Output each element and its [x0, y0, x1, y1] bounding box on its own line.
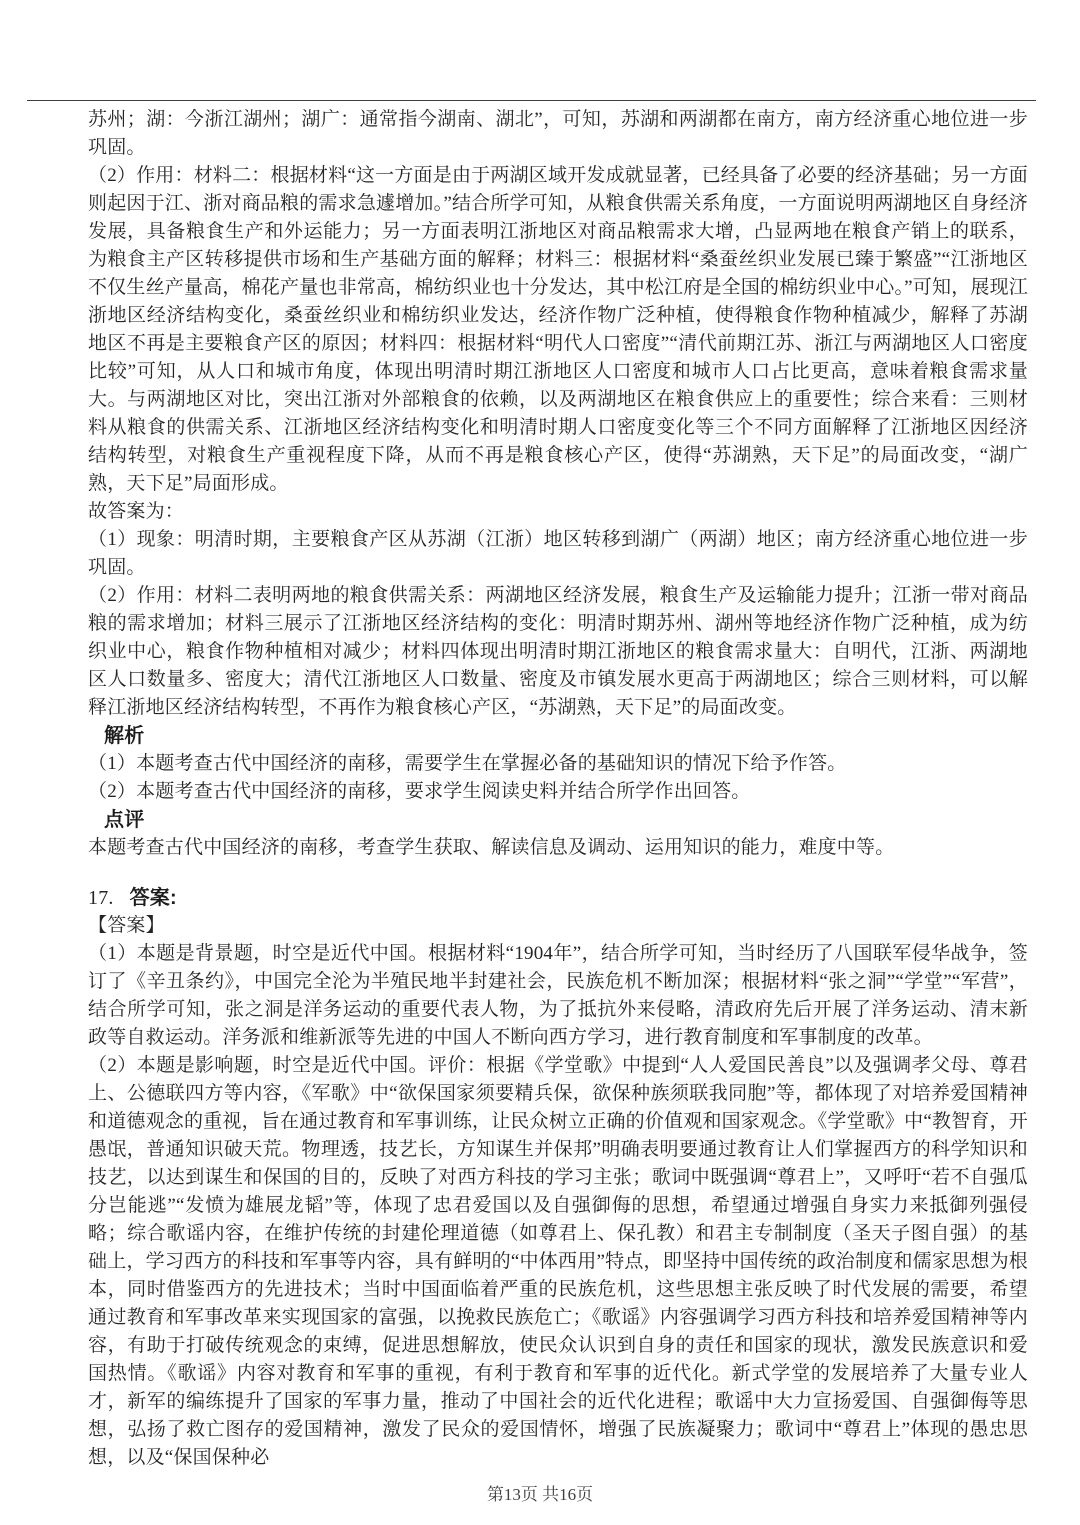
- answer-paragraph: （1）现象：明清时期，主要粮食产区从苏湖（江浙）地区转移到湖广（两湖）地区；南方…: [88, 526, 1028, 582]
- answer-paragraph: （2）本题是影响题，时空是近代中国。评价：根据《学堂歌》中提到“人人爱国民善良”…: [88, 1052, 1028, 1472]
- page-footer: 第13页 共16页: [0, 1480, 1080, 1505]
- answer-paragraph: 【答案】: [88, 912, 1028, 940]
- answer-paragraph: 本题考查古代中国经济的南移，考查学生获取、解读信息及调动、运用知识的能力，难度中…: [88, 834, 1028, 862]
- section-heading: 解析: [88, 722, 1028, 750]
- answer-paragraph: （2）本题考查古代中国经济的南移，要求学生阅读史料并结合所学作出回答。: [88, 778, 1028, 806]
- answer-paragraph: 故答案为：: [88, 498, 1028, 526]
- document-page: 苏州；湖：今浙江湖州；湖广：通常指今湖南、湖北”，可知，苏湖和两湖都在南方，南方…: [0, 0, 1080, 1525]
- question-label: 答案:: [130, 887, 177, 909]
- answer-paragraph: （1）本题考查古代中国经济的南移，需要学生在掌握必备的基础知识的情况下给予作答。: [88, 750, 1028, 778]
- answer-paragraph: （2）作用：材料二表明两地的粮食供需关系：两湖地区经济发展，粮食生产及运输能力提…: [88, 582, 1028, 722]
- section-heading: 点评: [88, 806, 1028, 834]
- answer-paragraph: （2）作用：材料二：根据材料“这一方面是由于两湖区域开发成就显著，已经具备了必要…: [88, 162, 1028, 498]
- answer-paragraph: （1）本题是背景题，时空是近代中国。根据材料“1904年”，结合所学可知，当时经…: [88, 940, 1028, 1052]
- document-body: 苏州；湖：今浙江湖州；湖广：通常指今湖南、湖北”，可知，苏湖和两湖都在南方，南方…: [88, 106, 1028, 1472]
- header-divider: [27, 100, 1036, 101]
- page-number: 第13页 共16页: [487, 1485, 593, 1504]
- question-heading: 17.答案:: [88, 884, 1028, 912]
- question-number: 17.: [88, 887, 114, 909]
- answer-paragraph: 苏州；湖：今浙江湖州；湖广：通常指今湖南、湖北”，可知，苏湖和两湖都在南方，南方…: [88, 106, 1028, 162]
